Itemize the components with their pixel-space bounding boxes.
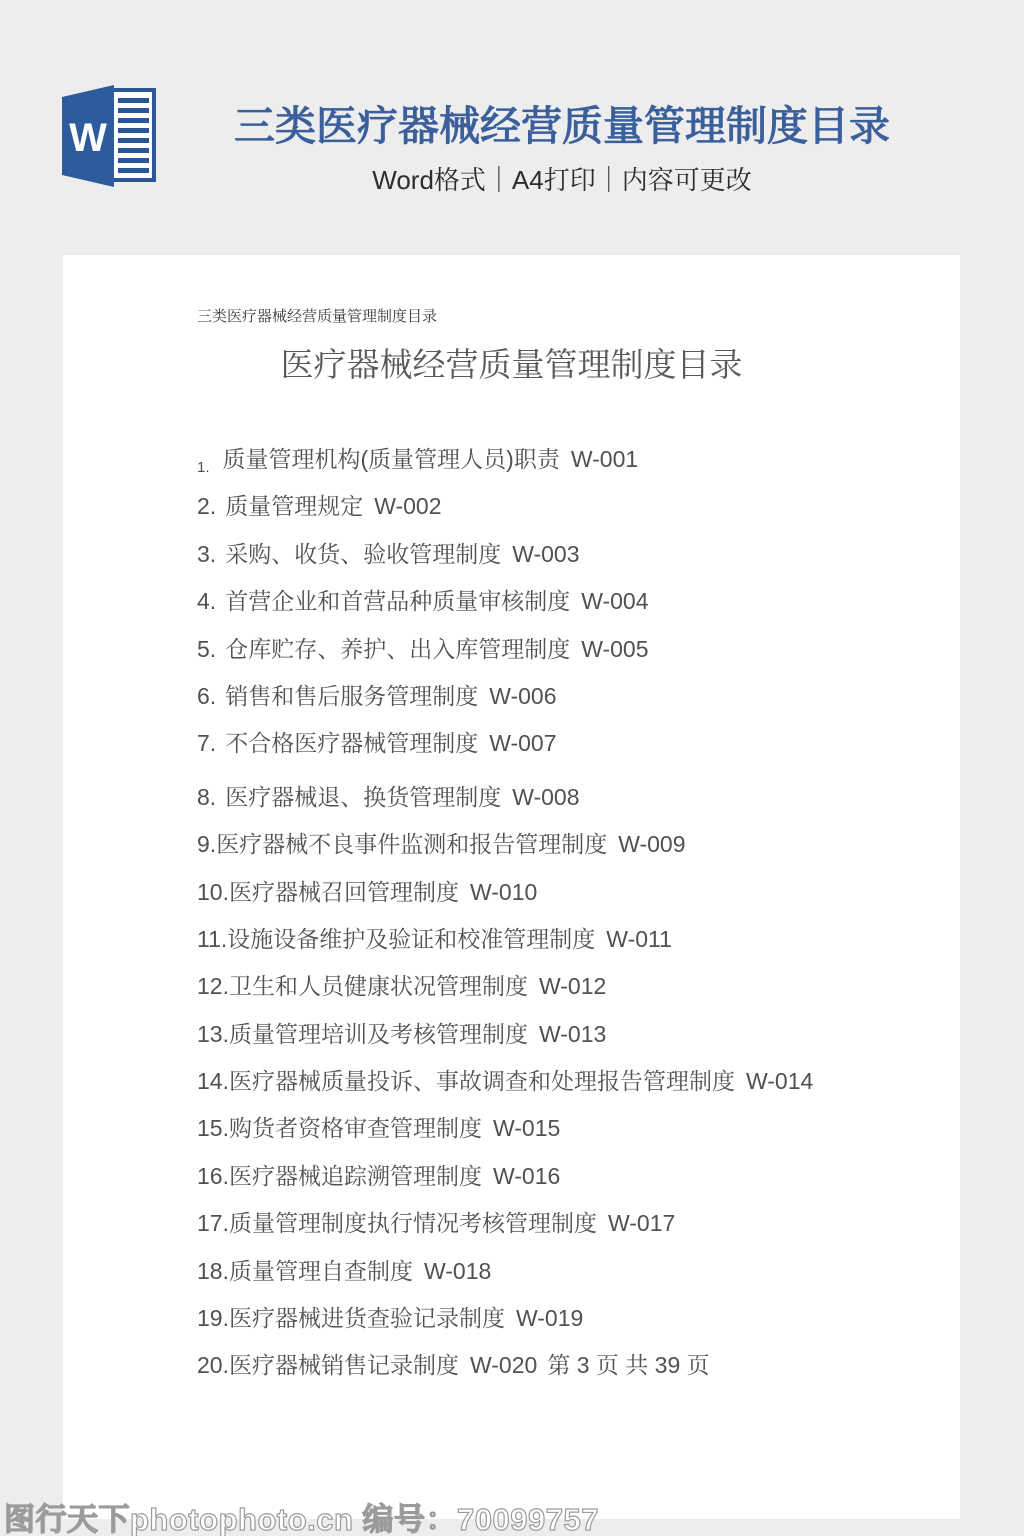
toc-item-code: W-003 — [512, 541, 579, 568]
toc-item-text: 医疗器械销售记录制度 — [229, 1347, 459, 1380]
toc-item-number: 4. — [197, 588, 216, 615]
toc-item-number: 19. — [197, 1305, 229, 1332]
toc-item-code: W-018 — [424, 1258, 491, 1285]
toc-list: 1.质量管理机构(质量管理人员)职责W-0012.质量管理规定W-0023.采购… — [197, 441, 937, 1395]
toc-item-code: W-012 — [539, 973, 606, 1000]
toc-item: 5.仓库贮存、养护、出入库管理制度W-005 — [197, 631, 937, 678]
toc-item-text: 质量管理制度执行情况考核管理制度 — [229, 1205, 597, 1238]
toc-item: 15.购货者资格审查管理制度W-015 — [197, 1110, 937, 1157]
toc-item-text: 医疗器械质量投诉、事故调查和处理报告管理制度 — [229, 1063, 735, 1096]
toc-item-code: W-020 — [470, 1352, 537, 1379]
toc-item: 2.质量管理规定W-002 — [197, 488, 937, 535]
toc-item-code: W-006 — [489, 683, 556, 710]
toc-item-code: W-016 — [493, 1163, 560, 1190]
toc-item-text: 销售和售后服务管理制度 — [225, 678, 478, 711]
toc-item-number: 8. — [197, 784, 216, 811]
toc-item-number: 12. — [197, 973, 229, 1000]
toc-item: 3.采购、收货、验收管理制度W-003 — [197, 536, 937, 583]
toc-item-text: 设施设备维护及验证和校准管理制度 — [227, 921, 595, 954]
toc-item-number: 6. — [197, 683, 216, 710]
toc-item: 1.质量管理机构(质量管理人员)职责W-001 — [197, 441, 937, 488]
toc-item: 17.质量管理制度执行情况考核管理制度W-017 — [197, 1205, 937, 1252]
toc-item: 7.不合格医疗器械管理制度W-007 — [197, 725, 937, 772]
toc-item-code: W-014 — [746, 1068, 813, 1095]
toc-item-text: 首营企业和首营品种质量审核制度 — [225, 583, 570, 616]
toc-item-number: 2. — [197, 493, 216, 520]
document-title: 医疗器械经营质量管理制度目录 — [63, 339, 960, 386]
toc-item-number: 17. — [197, 1210, 229, 1237]
toc-item: 18.质量管理自查制度W-018 — [197, 1253, 937, 1300]
toc-item-code: W-009 — [618, 831, 685, 858]
toc-item-number: 16. — [197, 1163, 229, 1190]
toc-item-text: 不合格医疗器械管理制度 — [225, 725, 478, 758]
toc-item-text: 医疗器械进货查验记录制度 — [229, 1300, 505, 1333]
toc-item-text: 质量管理规定 — [225, 488, 363, 521]
banner: W 三类医疗器械经营质量管理制度目录 Word格式｜A4打印｜内容可更改 — [0, 0, 1024, 255]
toc-item-number: 20. — [197, 1352, 229, 1379]
banner-title: 三类医疗器械经营质量管理制度目录 — [232, 93, 892, 152]
toc-item: 10.医疗器械召回管理制度W-010 — [197, 874, 937, 921]
toc-item: 19.医疗器械进货查验记录制度W-019 — [197, 1300, 937, 1347]
toc-item-code: W-019 — [516, 1305, 583, 1332]
toc-item-number: 7. — [197, 730, 216, 757]
toc-item: 4.首营企业和首营品种质量审核制度W-004 — [197, 583, 937, 630]
toc-item-number: 5. — [197, 636, 216, 663]
toc-item-code: W-011 — [606, 926, 672, 953]
toc-item: 20.医疗器械销售记录制度W-020第 3 页 共 39 页 — [197, 1347, 937, 1394]
toc-item-code: W-013 — [539, 1021, 606, 1048]
toc-item-code: W-005 — [581, 636, 648, 663]
svg-text:W: W — [69, 116, 107, 160]
toc-item-text: 医疗器械召回管理制度 — [229, 874, 459, 907]
toc-item-text: 质量管理自查制度 — [229, 1253, 413, 1286]
toc-item-text: 仓库贮存、养护、出入库管理制度 — [225, 631, 570, 664]
toc-item-text: 医疗器械不良事件监测和报告管理制度 — [216, 826, 607, 859]
word-icon: W — [62, 83, 158, 189]
toc-item-number: 15. — [197, 1115, 229, 1142]
toc-item-code: W-015 — [493, 1115, 560, 1142]
toc-item: 11.设施设备维护及验证和校准管理制度W-011 — [197, 921, 937, 968]
toc-item: 13.质量管理培训及考核管理制度W-013 — [197, 1016, 937, 1063]
preview-stage: W 三类医疗器械经营质量管理制度目录 Word格式｜A4打印｜内容可更改 三类医… — [0, 0, 1024, 1536]
toc-item: 16.医疗器械追踪溯管理制度W-016 — [197, 1158, 937, 1205]
toc-item: 8.医疗器械退、换货管理制度W-008 — [197, 779, 937, 826]
toc-item-code: W-002 — [374, 493, 441, 520]
toc-item-number: 9. — [197, 831, 216, 858]
toc-item-text: 质量管理培训及考核管理制度 — [229, 1016, 528, 1049]
toc-item-number: 18. — [197, 1258, 229, 1285]
toc-item-number: 10. — [197, 879, 229, 906]
toc-item: 12.卫生和人员健康状况管理制度W-012 — [197, 968, 937, 1015]
toc-item-number: 13. — [197, 1021, 229, 1048]
toc-item-number: 11. — [197, 926, 227, 953]
toc-item: 6.销售和售后服务管理制度W-006 — [197, 678, 937, 725]
toc-item: 14.医疗器械质量投诉、事故调查和处理报告管理制度W-014 — [197, 1063, 937, 1110]
toc-item-number: 14. — [197, 1068, 229, 1095]
toc-item-text: 质量管理机构(质量管理人员)职责 — [223, 441, 560, 474]
toc-item-text: 医疗器械追踪溯管理制度 — [229, 1158, 482, 1191]
toc-item-number: 1. — [197, 459, 210, 476]
toc-item-code: W-001 — [571, 446, 638, 473]
toc-item: 9.医疗器械不良事件监测和报告管理制度W-009 — [197, 826, 937, 873]
toc-item-code: W-007 — [489, 730, 556, 757]
document-running-header: 三类医疗器械经营质量管理制度目录 — [197, 305, 437, 326]
toc-item-text: 卫生和人员健康状况管理制度 — [229, 968, 528, 1001]
watermark-text: 图行天下photophoto.cn 编号：70099757 — [4, 1494, 599, 1536]
toc-item-page-info: 第 3 页 共 39 页 — [547, 1347, 709, 1380]
banner-subtitle: Word格式｜A4打印｜内容可更改 — [232, 160, 892, 197]
toc-item-text: 采购、收货、验收管理制度 — [225, 536, 501, 569]
toc-item-number: 3. — [197, 541, 216, 568]
toc-item-text: 购货者资格审查管理制度 — [229, 1110, 482, 1143]
toc-item-code: W-004 — [581, 588, 648, 615]
toc-item-code: W-008 — [512, 784, 579, 811]
toc-item-code: W-010 — [470, 879, 537, 906]
toc-item-text: 医疗器械退、换货管理制度 — [225, 779, 501, 812]
document-page: 三类医疗器械经营质量管理制度目录 医疗器械经营质量管理制度目录 1.质量管理机构… — [63, 255, 960, 1519]
toc-item-code: W-017 — [608, 1210, 675, 1237]
